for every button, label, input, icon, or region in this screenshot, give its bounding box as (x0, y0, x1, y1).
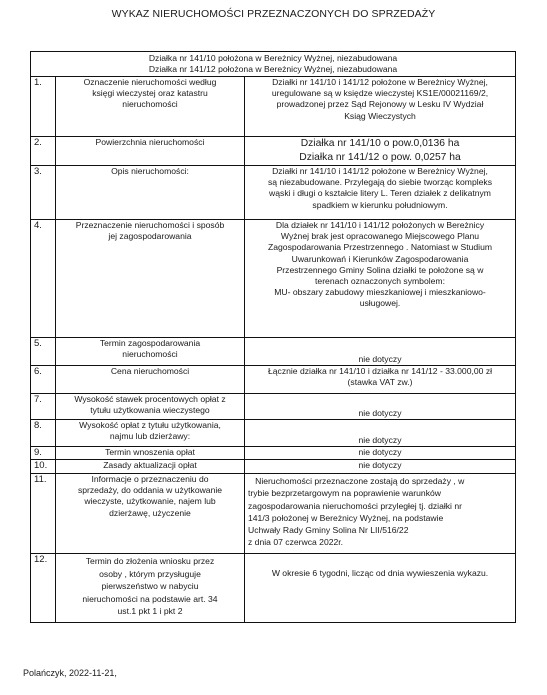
label-line: Cena nieruchomości (59, 366, 241, 377)
value-line: nie dotyczy (248, 460, 512, 471)
row-value: Działka nr 141/10 o pow.0,0136 ha Działk… (245, 137, 516, 166)
value-line: Nieruchomości przeznaczone zostają do sp… (248, 475, 512, 487)
label-line: dzierżawę, użyczenie (59, 508, 241, 519)
value-line: Uwarunkowań i Kierunków Zagospodarowania (248, 254, 512, 265)
value-line: z dnia 07 czerwca 2022r. (248, 536, 512, 548)
value-line: prowadzonej przez Sąd Rejonowy w Lesku I… (248, 99, 512, 110)
row-number: 6. (31, 366, 56, 394)
label-line: Informacje o przeznaczeniu do (59, 474, 241, 485)
row-number: 7. (31, 394, 56, 420)
value-line: Przestrzennego Gminy Solina działki te p… (248, 265, 512, 276)
row-number: 5. (31, 338, 56, 366)
value-line: Działka nr 141/12 o pow. 0,0257 ha (248, 151, 512, 165)
row-number: 10. (31, 460, 56, 474)
row-label: Termin zagospodarowania nieruchomości (56, 338, 245, 366)
label-line: Termin do złożenia wniosku przez (59, 555, 241, 568)
row-value: Działki nr 141/10 i 141/12 położone w Be… (245, 166, 516, 220)
row-value: nie dotyczy (245, 460, 516, 474)
label-line: księgi wieczystej oraz katastru (59, 88, 241, 99)
row-label: Cena nieruchomości (56, 366, 245, 394)
header-line: Działka nr 141/12 położona w Bereżnicy W… (34, 64, 512, 75)
row-label: Zasady aktualizacji opłat (56, 460, 245, 474)
label-line: najmu lub dzierżawy: (59, 431, 241, 442)
label-line: Termin wnoszenia opłat (59, 447, 241, 458)
label-line: ust.1 pkt 1 i pkt 2 (59, 605, 241, 618)
table-header: Działka nr 141/10 położona w Bereżnicy W… (31, 52, 516, 77)
row-value: nie dotyczy (245, 338, 516, 366)
document-title: WYKAZ NIERUCHOMOŚCI PRZEZNACZONYCH DO SP… (0, 8, 547, 20)
value-line: W okresie 6 tygodni, licząc od dnia wywi… (248, 568, 512, 579)
value-line: uregulowane są w księdze wieczystej KS1E… (248, 88, 512, 99)
label-line: nieruchomości (59, 99, 241, 110)
value-line: są niezabudowane. Przylegają do siebie t… (248, 177, 512, 188)
table-row: 1. Oznaczenie nieruchomości według księg… (31, 77, 516, 137)
table-row: 6. Cena nieruchomości Łącznie działka nr… (31, 366, 516, 394)
value-line: nie dotyczy (248, 408, 512, 419)
label-line: nieruchomości (59, 349, 241, 360)
label-line: Powierzchnia nieruchomości (59, 137, 241, 148)
header-line: Działka nr 141/10 położona w Bereżnicy W… (34, 53, 512, 64)
row-label: Opis nieruchomości: (56, 166, 245, 220)
label-line: wieczyste, użytkowanie, najem lub (59, 496, 241, 507)
row-label: Termin do złożenia wniosku przez osoby ,… (56, 554, 245, 623)
table-row: 4. Przeznaczenie nieruchomości i sposób … (31, 220, 516, 338)
label-line: Zasady aktualizacji opłat (59, 460, 241, 471)
row-value: nie dotyczy (245, 420, 516, 447)
value-line: terenach oznaczonych symbolem: (248, 276, 512, 287)
value-line: Zagospodarowania Przestrzennego . Natomi… (248, 242, 512, 253)
table-row: 12. Termin do złożenia wniosku przez oso… (31, 554, 516, 623)
row-label: Przeznaczenie nieruchomości i sposób jej… (56, 220, 245, 338)
row-number: 3. (31, 166, 56, 220)
value-line: zagospodarowania nieruchomości przyległe… (248, 500, 512, 512)
value-line: nie dotyczy (248, 354, 512, 365)
row-value: Łącznie działka nr 141/10 i działka nr 1… (245, 366, 516, 394)
label-line: pierwszeństwo w nabyciu (59, 580, 241, 593)
value-line: Działka nr 141/10 o pow.0,0136 ha (248, 137, 512, 151)
row-number: 1. (31, 77, 56, 137)
row-value: Dla działek nr 141/10 i 141/12 położonyc… (245, 220, 516, 338)
table-row: 11. Informacje o przeznaczeniu do sprzed… (31, 474, 516, 554)
value-line: (stawka VAT zw.) (248, 377, 512, 388)
value-line: nie dotyczy (248, 447, 512, 458)
row-value: Nieruchomości przeznaczone zostają do sp… (245, 474, 516, 554)
value-line: nie dotyczy (248, 435, 512, 446)
row-number: 2. (31, 137, 56, 166)
row-number: 9. (31, 447, 56, 460)
row-number: 8. (31, 420, 56, 447)
row-label: Powierzchnia nieruchomości (56, 137, 245, 166)
value-line: usługowej. (248, 298, 512, 309)
row-label: Oznaczenie nieruchomości według księgi w… (56, 77, 245, 137)
table-row: 5. Termin zagospodarowania nieruchomości… (31, 338, 516, 366)
value-line: wąski i długi o kształcie litery L. Tere… (248, 188, 512, 199)
table-row: 7. Wysokość stawek procentowych opłat z … (31, 394, 516, 420)
label-line: tytułu użytkowania wieczystego (59, 405, 241, 416)
value-line: trybie bezprzetargowym na poprawienie wa… (248, 487, 512, 499)
value-line: Łącznie działka nr 141/10 i działka nr 1… (248, 366, 512, 377)
row-number: 4. (31, 220, 56, 338)
row-number: 12. (31, 554, 56, 623)
value-line: MU- obszary zabudowy mieszkaniowej i mie… (248, 287, 512, 298)
row-number: 11. (31, 474, 56, 554)
label-line: nieruchomości na podstawie art. 34 (59, 593, 241, 606)
label-line: Przeznaczenie nieruchomości i sposób (59, 220, 241, 231)
value-line: Działki nr 141/10 i 141/12 położone w Be… (248, 166, 512, 177)
value-line: Wyżnej brak jest opracowanego Miejscoweg… (248, 231, 512, 242)
label-line: jej zagospodarowania (59, 231, 241, 242)
row-label: Informacje o przeznaczeniu do sprzedaży,… (56, 474, 245, 554)
table-row: 8. Wysokość opłat z tytułu użytkowania, … (31, 420, 516, 447)
value-line: Dla działek nr 141/10 i 141/12 położonyc… (248, 220, 512, 231)
row-value: nie dotyczy (245, 394, 516, 420)
row-value: Działki nr 141/10 i 141/12 położone w Be… (245, 77, 516, 137)
place-date: Polańczyk, 2022-11-21, (23, 668, 117, 678)
label-line: osoby , którym przysługuje (59, 568, 241, 581)
label-line: Oznaczenie nieruchomości według (59, 77, 241, 88)
value-line: 141/3 położonej w Bereżnicy Wyżnej, na p… (248, 512, 512, 524)
value-line: Uchwały Rady Gminy Solina Nr LII/516/22 (248, 524, 512, 536)
table-row: 9. Termin wnoszenia opłat nie dotyczy (31, 447, 516, 460)
table-row: 3. Opis nieruchomości: Działki nr 141/10… (31, 166, 516, 220)
label-line: Wysokość stawek procentowych opłat z (59, 394, 241, 405)
property-table: Działka nr 141/10 położona w Bereżnicy W… (30, 51, 516, 623)
table-header-row: Działka nr 141/10 położona w Bereżnicy W… (31, 52, 516, 77)
row-value: nie dotyczy (245, 447, 516, 460)
label-line: Termin zagospodarowania (59, 338, 241, 349)
label-line: sprzedaży, do oddania w użytkowanie (59, 485, 241, 496)
row-label: Wysokość opłat z tytułu użytkowania, naj… (56, 420, 245, 447)
table-row: 2. Powierzchnia nieruchomości Działka nr… (31, 137, 516, 166)
value-line: Ksiąg Wieczystych (248, 111, 512, 122)
value-line: Działki nr 141/10 i 141/12 położone w Be… (248, 77, 512, 88)
value-line: spadkiem w kierunku południowym. (248, 200, 512, 211)
label-line: Opis nieruchomości: (59, 166, 241, 177)
table-row: 10. Zasady aktualizacji opłat nie dotycz… (31, 460, 516, 474)
label-line: Wysokość opłat z tytułu użytkowania, (59, 420, 241, 431)
row-value: W okresie 6 tygodni, licząc od dnia wywi… (245, 554, 516, 623)
row-label: Termin wnoszenia opłat (56, 447, 245, 460)
row-label: Wysokość stawek procentowych opłat z tyt… (56, 394, 245, 420)
